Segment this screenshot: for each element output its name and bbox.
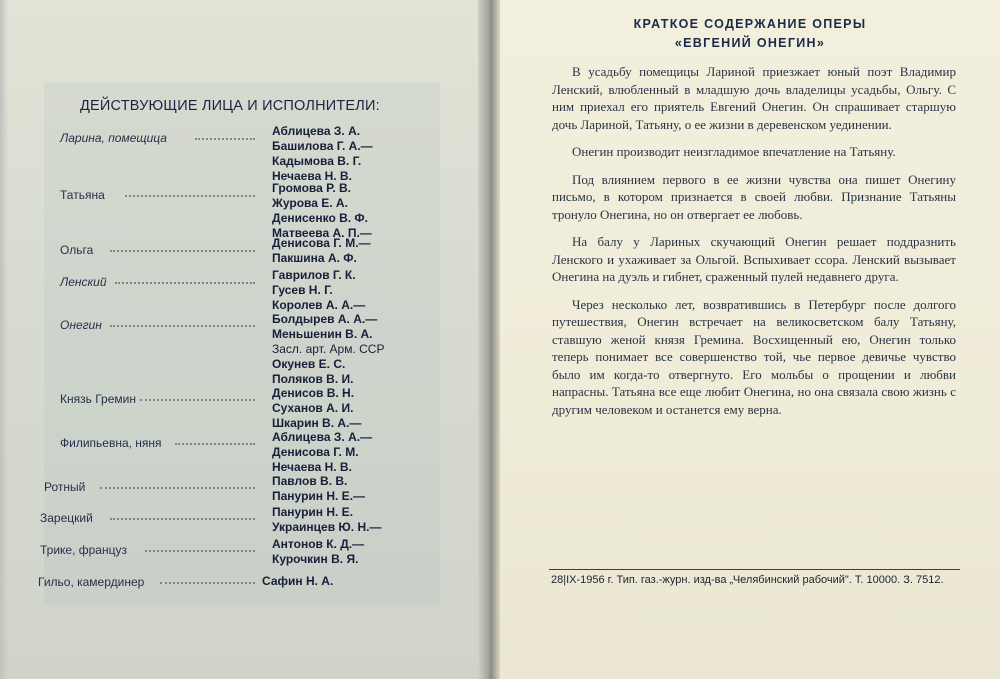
performer: Сафин Н. А.: [262, 574, 333, 589]
performer: Громова Р. В.: [272, 181, 351, 196]
dot-leader: [175, 441, 255, 445]
dot-leader: [145, 548, 255, 552]
performer: Пакшина А. Ф.: [272, 251, 357, 266]
printing-imprint: 28|IX-1956 г. Тип. газ.-журн. изд-ва „Че…: [551, 574, 971, 586]
performer: Денисова Г. М.—: [272, 236, 371, 251]
performer: Курочкин В. Я.: [272, 552, 358, 567]
summary-title-line2: «ЕВГЕНИЙ ОНЕГИН»: [500, 36, 1000, 50]
performer: Антонов К. Д.—: [272, 537, 364, 552]
performer: Панурин Н. Е.—: [272, 489, 365, 504]
performer: Денисова Г. М.: [272, 445, 359, 460]
performer: Аблицева З. А.: [272, 124, 360, 139]
imprint-divider: [549, 569, 960, 570]
performer: Поляков В. И.: [272, 372, 353, 387]
dot-leader: [195, 136, 255, 140]
performer: Журова Е. А.: [272, 196, 348, 211]
performer: Королев А. А.—: [272, 298, 365, 313]
performer: Украинцев Ю. Н.—: [272, 520, 381, 535]
summary-paragraph: Онегин производит неизгладимое впечатлен…: [552, 143, 956, 161]
dot-leader: [125, 193, 255, 197]
performer: Болдырев А. А.—: [272, 312, 377, 327]
performer-title: Засл. арт. Арм. ССР: [272, 342, 384, 357]
performer: Кадымова В. Г.: [272, 154, 361, 169]
dot-leader: [160, 580, 255, 584]
performer: Меньшенин В. А.: [272, 327, 373, 342]
dot-leader: [140, 397, 255, 401]
book-fold: [478, 0, 500, 679]
dot-leader: [115, 280, 255, 284]
performer: Панурин Н. Е.: [272, 505, 353, 520]
summary-paragraph: Под влиянием первого в ее жизни чувства …: [552, 171, 956, 224]
performer: Башилова Г. А.—: [272, 139, 373, 154]
performer: Денисенко В. Ф.: [272, 211, 368, 226]
dot-leader: [100, 485, 255, 489]
summary-paragraph: Через несколько лет, возвратившись в Пет…: [552, 296, 956, 419]
dot-leader: [110, 516, 255, 520]
summary-paragraph: На балу у Лариных скучающий Онегин решае…: [552, 233, 956, 286]
performer: Павлов В. В.: [272, 474, 347, 489]
performer: Гаврилов Г. К.: [272, 268, 356, 283]
performer: Денисов В. Н.: [272, 386, 354, 401]
summary-body: В усадьбу помещицы Лариной приезжает юны…: [552, 63, 956, 428]
performer: Шкарин В. А.—: [272, 416, 361, 431]
summary-title-line1: КРАТКОЕ СОДЕРЖАНИЕ ОПЕРЫ: [500, 17, 1000, 31]
performer: Аблицева З. А.—: [272, 430, 372, 445]
summary-paragraph: В усадьбу помещицы Лариной приезжает юны…: [552, 63, 956, 133]
performer: Нечаева Н. В.: [272, 460, 352, 475]
cast-title: ДЕЙСТВУЮЩИЕ ЛИЦА И ИСПОЛНИТЕЛИ:: [80, 98, 420, 114]
dot-leader: [110, 323, 255, 327]
dot-leader: [110, 248, 255, 252]
performer: Суханов А. И.: [272, 401, 353, 416]
performer: Окунев Е. С.: [272, 357, 345, 372]
performer: Гусев Н. Г.: [272, 283, 333, 298]
